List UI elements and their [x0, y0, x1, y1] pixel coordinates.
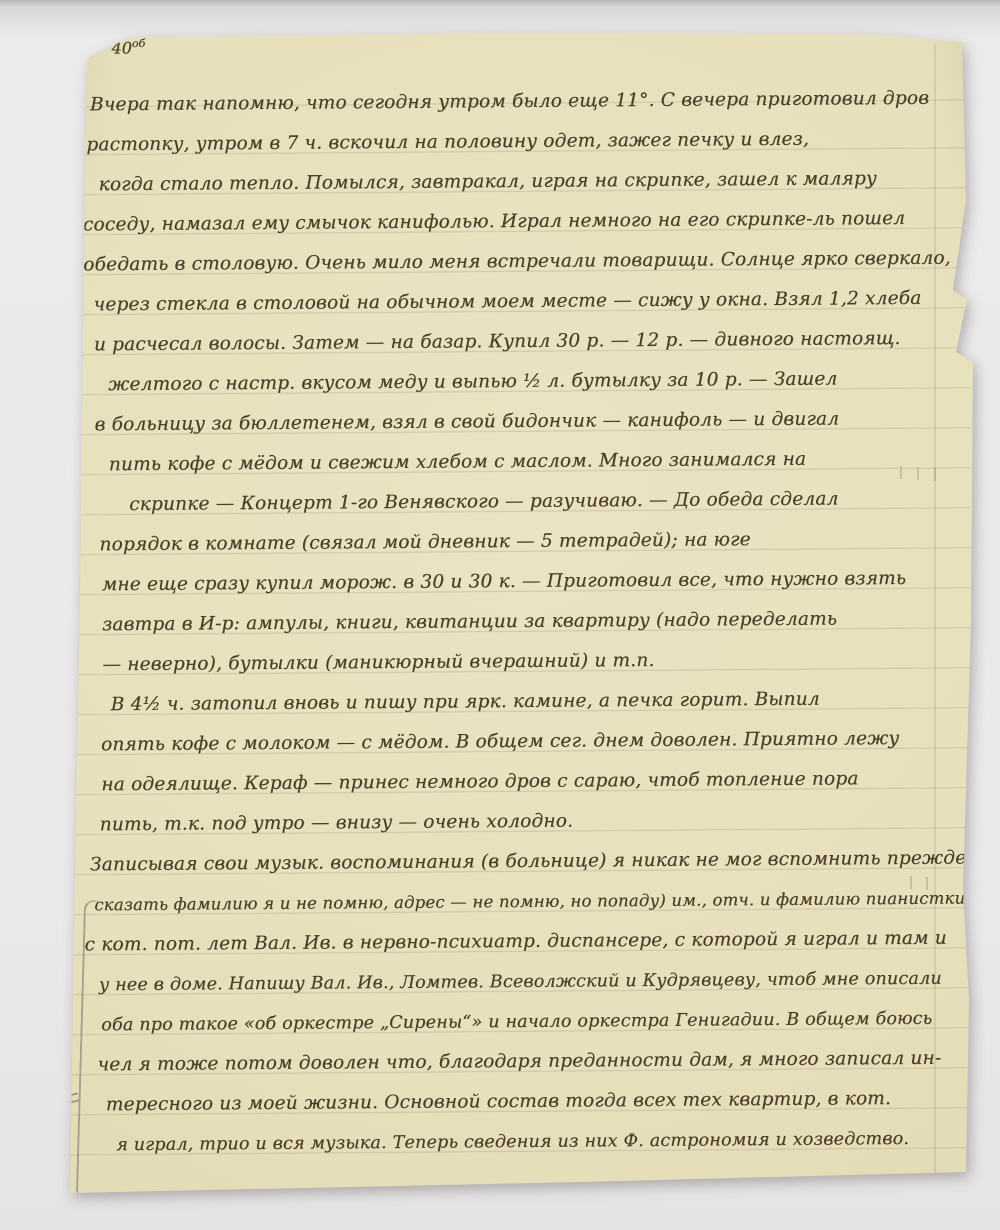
page-number-suffix: об [132, 37, 145, 50]
manuscript-line: сказать фамилию я и не помню, адрес — не… [84, 878, 972, 925]
manuscript-line: мне еще сразу купил морож. в 30 и 30 к. … [82, 558, 970, 605]
manuscript-line: желтого с настр. вкусом меду и выпью ½ л… [80, 358, 968, 405]
page-number-value: 40 [111, 38, 132, 57]
manuscript-line: пить, т.к. под утро — внизу — очень холо… [84, 798, 972, 845]
page-tilt-group: 40об Вчера так напомню, что сегодня утро… [57, 20, 982, 1201]
manuscript-line: через стекла в столовой на обычном моем … [79, 278, 967, 325]
ink-bleedthrough-mark [917, 467, 919, 480]
manuscript-line: я играл, трио и вся музыка. Теперь сведе… [86, 1118, 974, 1165]
manuscript-line: Вчера так напомню, что сегодня утром был… [78, 78, 966, 125]
manuscript-line: скрипке — Концерт 1-го Венявского — разу… [81, 478, 969, 525]
manuscript-line: — неверно), бутылки (маникюрный вчерашни… [82, 638, 970, 685]
manuscript-line: порядок в комнате (связал мой дневник — … [81, 518, 969, 565]
ink-bleedthrough-mark [934, 468, 936, 481]
manuscript-line: на одеялище. Кераф — принес немного дров… [83, 758, 971, 805]
manuscript-line: обедать в столовую. Очень мило меня встр… [79, 238, 967, 285]
manuscript-line: опять кофе с молоком — с мёдом. В общем … [83, 718, 971, 765]
manuscript-line: у нее в доме. Напишу Вал. Ив., Ломтев. В… [85, 958, 973, 1005]
page-number: 40об [111, 37, 145, 58]
manuscript-line: растопку, утром в 7 ч. вскочил на полови… [78, 118, 966, 165]
manuscript-line: соседу, намазал ему смычок канифолью. Иг… [79, 198, 967, 245]
manuscript-paper-sheet: 40об Вчера так напомню, что сегодня утро… [62, 24, 978, 1198]
manuscript-line: с кот. пот. лет Вал. Ив. в нервно-психиа… [84, 918, 972, 965]
manuscript-line: когда стало тепло. Помылся, завтракал, и… [78, 158, 966, 205]
manuscript-line: чел я тоже потом доволен что, благодаря … [85, 1038, 973, 1085]
ink-bleedthrough-mark [926, 877, 928, 890]
ink-bleedthrough-mark [900, 466, 902, 479]
manuscript-line: и расчесал волосы. Затем — на базар. Куп… [80, 318, 968, 365]
manuscript-line: В 4½ ч. затопил вновь и пишу при ярк. ка… [83, 678, 971, 725]
manuscript-text: Вчера так напомню, что сегодня утром был… [78, 78, 974, 1165]
manuscript-line: пить кофе с мёдом и свежим хлебом с масл… [81, 438, 969, 485]
manuscript-line: Записывая свои музык. воспоминания (в бо… [84, 838, 972, 885]
manuscript-line: завтра в И-р: ампулы, книги, квитанции з… [82, 598, 970, 645]
manuscript-line: оба про такое «об оркестре „Сирены“» и н… [85, 998, 973, 1045]
ink-bleedthrough-mark [910, 876, 912, 889]
paper-shadow: 40об Вчера так напомню, что сегодня утро… [0, 0, 1000, 1230]
manuscript-line: в больницу за бюллетенем, взял в свой би… [80, 398, 968, 445]
manuscript-line: тересного из моей жизни. Основной состав… [86, 1078, 974, 1125]
scanned-diary-page: 40об Вчера так напомню, что сегодня утро… [0, 0, 1000, 1230]
